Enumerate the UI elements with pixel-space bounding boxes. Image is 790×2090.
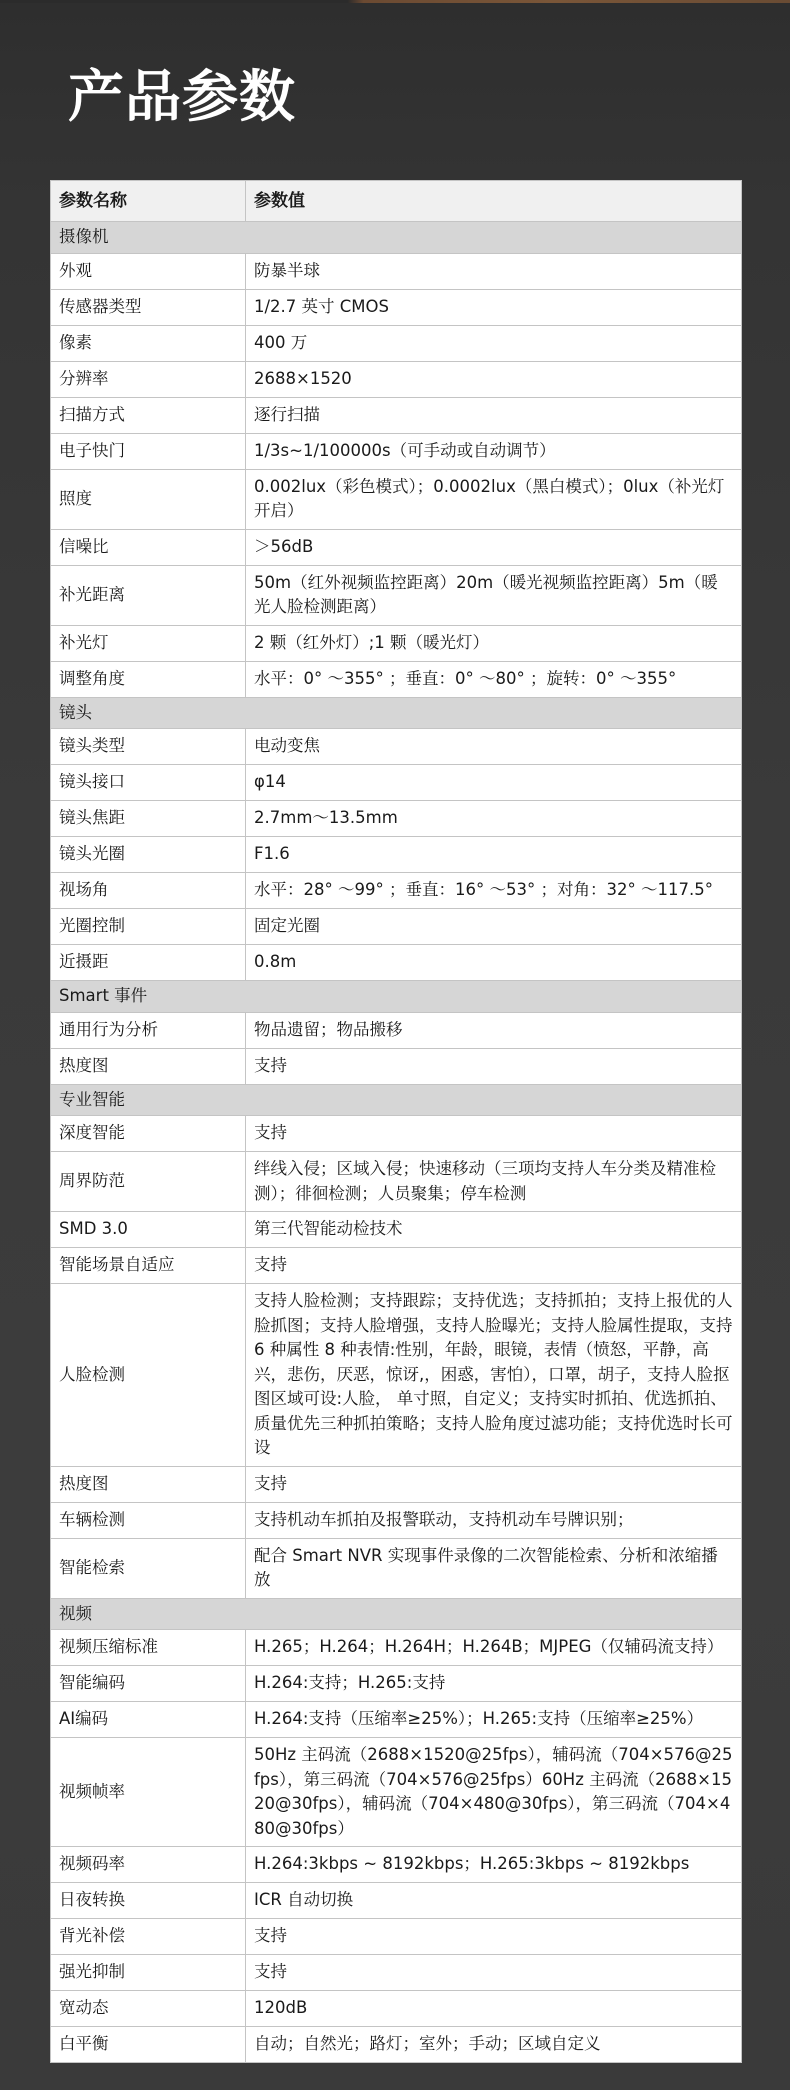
param-name-cell: 视频帧率 [51, 1738, 246, 1847]
section-header-row: 视频 [51, 1598, 742, 1630]
param-name-cell: 宽动态 [51, 1991, 246, 2027]
table-row: 通用行为分析物品遗留；物品搬移 [51, 1012, 742, 1048]
param-name-cell: 白平衡 [51, 2027, 246, 2063]
param-name-cell: 镜头焦距 [51, 801, 246, 837]
param-name-cell: 分辨率 [51, 361, 246, 397]
param-name-cell: 光圈控制 [51, 909, 246, 945]
param-value-cell: 2 颗（红外灯）;1 颗（暖光灯） [246, 625, 742, 661]
param-name-cell: 视场角 [51, 873, 246, 909]
param-value-cell: 支持 [246, 1116, 742, 1152]
param-value-cell: 配合 Smart NVR 实现事件录像的二次智能检索、分析和浓缩播放 [246, 1538, 742, 1598]
table-row: 宽动态120dB [51, 1991, 742, 2027]
param-value-cell: 0.002lux（彩色模式）；0.0002lux（黑白模式）；0lux（补光灯开… [246, 469, 742, 529]
table-row: 镜头类型电动变焦 [51, 729, 742, 765]
table-row: 视频码率H.264:3kbps ~ 8192kbps；H.265:3kbps ~… [51, 1847, 742, 1883]
table-row: 人脸检测支持人脸检测；支持跟踪；支持优选；支持抓拍；支持上报优的人脸抓图；支持人… [51, 1284, 742, 1467]
table-row: 热度图支持 [51, 1466, 742, 1502]
table-row: 视场角水平：28° ～99° ；垂直：16° ～53° ；对角：32° ～117… [51, 873, 742, 909]
param-name-cell: 强光抑制 [51, 1955, 246, 1991]
header-param-value: 参数值 [246, 181, 742, 222]
section-title: 视频 [51, 1598, 742, 1630]
param-value-cell: F1.6 [246, 837, 742, 873]
param-name-cell: 信噪比 [51, 529, 246, 565]
param-name-cell: SMD 3.0 [51, 1212, 246, 1248]
param-name-cell: 车辆检测 [51, 1502, 246, 1538]
param-name-cell: 电子快门 [51, 433, 246, 469]
param-name-cell: 热度图 [51, 1048, 246, 1084]
param-name-cell: 像素 [51, 325, 246, 361]
param-name-cell: 视频压缩标准 [51, 1630, 246, 1666]
param-value-cell: φ14 [246, 765, 742, 801]
param-name-cell: 镜头类型 [51, 729, 246, 765]
param-name-cell: 日夜转换 [51, 1883, 246, 1919]
spec-table-body: 摄像机外观防暴半球传感器类型1/2.7 英寸 CMOS像素400 万分辨率268… [51, 222, 742, 2063]
table-row: 外观防暴半球 [51, 253, 742, 289]
table-row: 日夜转换ICR 自动切换 [51, 1883, 742, 1919]
param-name-cell: 人脸检测 [51, 1284, 246, 1467]
param-name-cell: AI编码 [51, 1702, 246, 1738]
param-name-cell: 补光距离 [51, 565, 246, 625]
param-value-cell: ＞56dB [246, 529, 742, 565]
table-row: 像素400 万 [51, 325, 742, 361]
param-value-cell: 50Hz 主码流（2688×1520@25fps），辅码流（704×576@25… [246, 1738, 742, 1847]
param-value-cell: 1/3s~1/100000s（可手动或自动调节） [246, 433, 742, 469]
param-name-cell: 背光补偿 [51, 1919, 246, 1955]
param-name-cell: 调整角度 [51, 661, 246, 697]
param-value-cell: 400 万 [246, 325, 742, 361]
table-row: AI编码H.264:支持（压缩率≥25%）；H.265:支持（压缩率≥25%） [51, 1702, 742, 1738]
param-value-cell: 支持人脸检测；支持跟踪；支持优选；支持抓拍；支持上报优的人脸抓图；支持人脸增强，… [246, 1284, 742, 1467]
param-name-cell: 补光灯 [51, 625, 246, 661]
param-value-cell: 2.7mm～13.5mm [246, 801, 742, 837]
param-value-cell: 水平：0° ～355° ；垂直：0° ～80° ；旋转：0° ～355° [246, 661, 742, 697]
table-row: 深度智能支持 [51, 1116, 742, 1152]
param-name-cell: 镜头接口 [51, 765, 246, 801]
param-value-cell: ICR 自动切换 [246, 1883, 742, 1919]
param-name-cell: 深度智能 [51, 1116, 246, 1152]
param-value-cell: 2688×1520 [246, 361, 742, 397]
table-header-row: 参数名称 参数值 [51, 181, 742, 222]
section-title: 专业智能 [51, 1084, 742, 1116]
param-name-cell: 镜头光圈 [51, 837, 246, 873]
table-row: SMD 3.0第三代智能动检技术 [51, 1212, 742, 1248]
section-title: 摄像机 [51, 222, 742, 254]
param-value-cell: 物品遗留；物品搬移 [246, 1012, 742, 1048]
table-row: 信噪比＞56dB [51, 529, 742, 565]
param-value-cell: 支持机动车抓拍及报警联动，支持机动车号牌识别； [246, 1502, 742, 1538]
param-name-cell: 通用行为分析 [51, 1012, 246, 1048]
param-value-cell: 电动变焦 [246, 729, 742, 765]
param-value-cell: 绊线入侵；区域入侵；快速移动（三项均支持人车分类及精准检测）；徘徊检测；人员聚集… [246, 1152, 742, 1212]
table-row: 镜头接口φ14 [51, 765, 742, 801]
table-row: 视频帧率50Hz 主码流（2688×1520@25fps），辅码流（704×57… [51, 1738, 742, 1847]
section-header-row: 专业智能 [51, 1084, 742, 1116]
param-value-cell: 120dB [246, 1991, 742, 2027]
table-row: 白平衡自动；自然光；路灯；室外；手动；区域自定义 [51, 2027, 742, 2063]
table-row: 照度0.002lux（彩色模式）；0.0002lux（黑白模式）；0lux（补光… [51, 469, 742, 529]
table-row: 扫描方式逐行扫描 [51, 397, 742, 433]
table-row: 视频压缩标准H.265；H.264；H.264H；H.264B；MJPEG（仅辅… [51, 1630, 742, 1666]
param-value-cell: H.264:支持（压缩率≥25%）；H.265:支持（压缩率≥25%） [246, 1702, 742, 1738]
table-row: 补光距离50m（红外视频监控距离）20m（暖光视频监控距离）5m（暖光人脸检测距… [51, 565, 742, 625]
table-row: 周界防范绊线入侵；区域入侵；快速移动（三项均支持人车分类及精准检测）；徘徊检测；… [51, 1152, 742, 1212]
table-row: 电子快门1/3s~1/100000s（可手动或自动调节） [51, 433, 742, 469]
param-name-cell: 传感器类型 [51, 289, 246, 325]
table-row: 调整角度水平：0° ～355° ；垂直：0° ～80° ；旋转：0° ～355° [51, 661, 742, 697]
param-value-cell: 防暴半球 [246, 253, 742, 289]
table-row: 镜头焦距2.7mm～13.5mm [51, 801, 742, 837]
param-name-cell: 照度 [51, 469, 246, 529]
param-value-cell: H.264:支持；H.265:支持 [246, 1666, 742, 1702]
param-name-cell: 智能编码 [51, 1666, 246, 1702]
param-name-cell: 近摄距 [51, 945, 246, 981]
param-value-cell: H.265；H.264；H.264H；H.264B；MJPEG（仅辅码流支持） [246, 1630, 742, 1666]
param-name-cell: 外观 [51, 253, 246, 289]
table-row: 分辨率2688×1520 [51, 361, 742, 397]
table-row: 智能检索配合 Smart NVR 实现事件录像的二次智能检索、分析和浓缩播放 [51, 1538, 742, 1598]
param-value-cell: 支持 [246, 1048, 742, 1084]
section-header-row: Smart 事件 [51, 981, 742, 1013]
top-banner-strip [0, 0, 790, 3]
param-value-cell: 固定光圈 [246, 909, 742, 945]
section-header-row: 镜头 [51, 697, 742, 729]
table-row: 热度图支持 [51, 1048, 742, 1084]
table-row: 背光补偿支持 [51, 1919, 742, 1955]
page-title: 产品参数 [68, 58, 296, 138]
table-row: 近摄距0.8m [51, 945, 742, 981]
param-value-cell: 1/2.7 英寸 CMOS [246, 289, 742, 325]
param-value-cell: 第三代智能动检技术 [246, 1212, 742, 1248]
table-row: 强光抑制支持 [51, 1955, 742, 1991]
table-row: 镜头光圈F1.6 [51, 837, 742, 873]
section-title: 镜头 [51, 697, 742, 729]
table-row: 车辆检测支持机动车抓拍及报警联动，支持机动车号牌识别； [51, 1502, 742, 1538]
section-header-row: 摄像机 [51, 222, 742, 254]
param-value-cell: 支持 [246, 1919, 742, 1955]
param-name-cell: 扫描方式 [51, 397, 246, 433]
param-value-cell: 支持 [246, 1955, 742, 1991]
param-name-cell: 视频码率 [51, 1847, 246, 1883]
param-value-cell: 支持 [246, 1248, 742, 1284]
param-value-cell: 水平：28° ～99° ；垂直：16° ～53° ；对角：32° ～117.5° [246, 873, 742, 909]
param-name-cell: 智能检索 [51, 1538, 246, 1598]
param-value-cell: 逐行扫描 [246, 397, 742, 433]
param-name-cell: 热度图 [51, 1466, 246, 1502]
table-row: 智能编码H.264:支持；H.265:支持 [51, 1666, 742, 1702]
param-value-cell: 50m（红外视频监控距离）20m（暖光视频监控距离）5m（暖光人脸检测距离） [246, 565, 742, 625]
param-value-cell: 自动；自然光；路灯；室外；手动；区域自定义 [246, 2027, 742, 2063]
spec-table: 参数名称 参数值 摄像机外观防暴半球传感器类型1/2.7 英寸 CMOS像素40… [50, 180, 742, 2063]
param-value-cell: 支持 [246, 1466, 742, 1502]
param-name-cell: 周界防范 [51, 1152, 246, 1212]
param-value-cell: H.264:3kbps ~ 8192kbps；H.265:3kbps ~ 819… [246, 1847, 742, 1883]
param-value-cell: 0.8m [246, 945, 742, 981]
table-row: 补光灯2 颗（红外灯）;1 颗（暖光灯） [51, 625, 742, 661]
table-row: 传感器类型1/2.7 英寸 CMOS [51, 289, 742, 325]
header-param-name: 参数名称 [51, 181, 246, 222]
table-row: 光圈控制固定光圈 [51, 909, 742, 945]
section-title: Smart 事件 [51, 981, 742, 1013]
table-row: 智能场景自适应支持 [51, 1248, 742, 1284]
param-name-cell: 智能场景自适应 [51, 1248, 246, 1284]
